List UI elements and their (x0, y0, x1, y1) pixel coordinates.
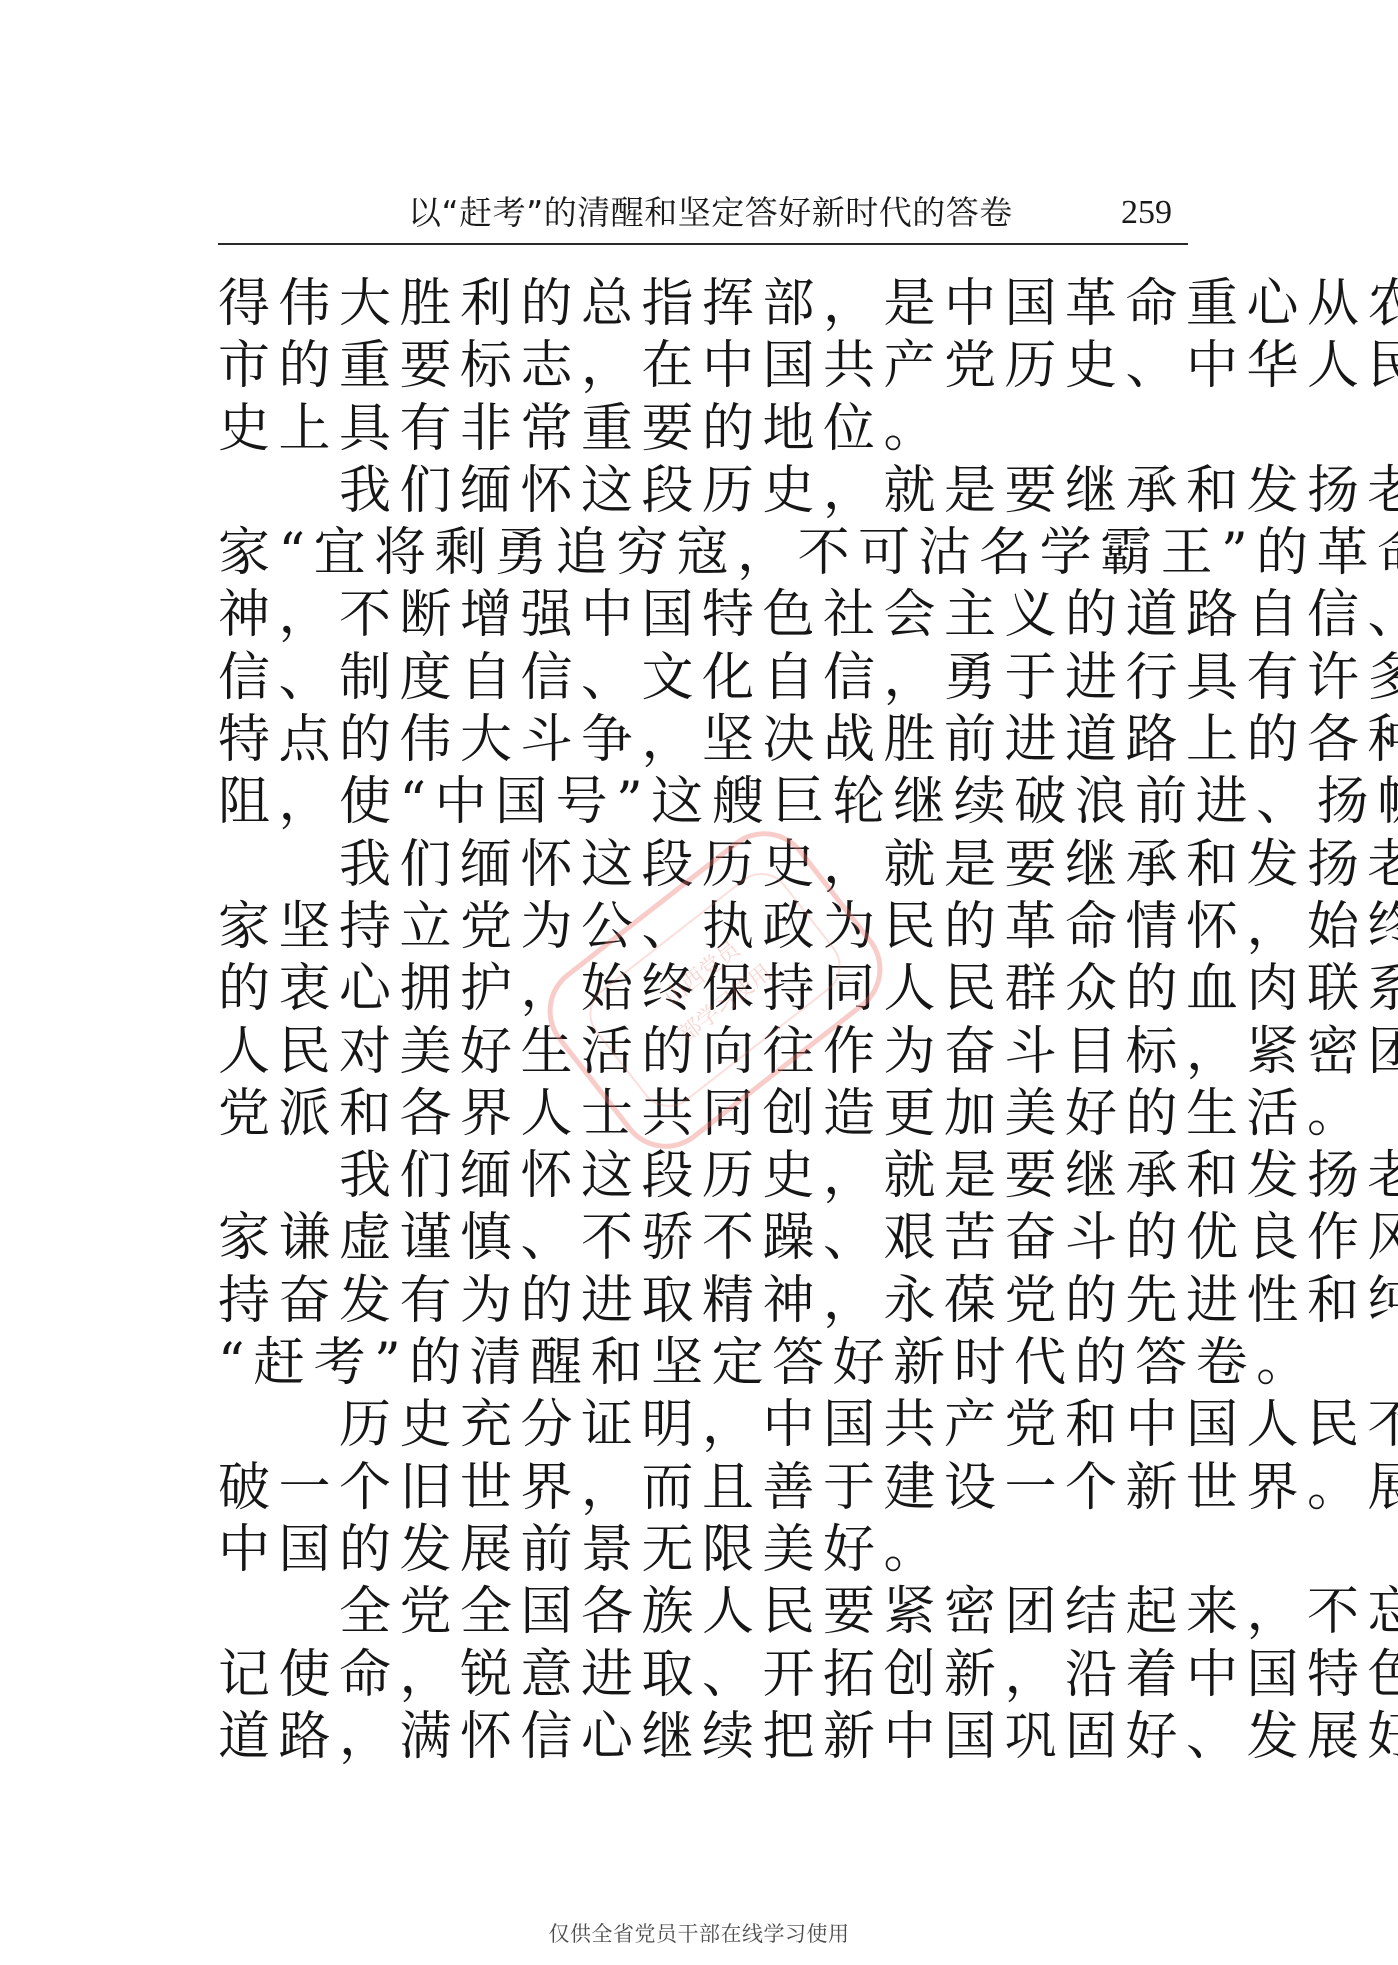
paragraph-6: 全党全国各族人民要紧密团结起来，不忘初心、牢 记使命，锐意进取、开拓创新，沿着中… (218, 1581, 1188, 1768)
text-line: 道路，满怀信心继续把新中国巩固好、发展好，为实现 (218, 1706, 1188, 1768)
text-line: 的衷心拥护，始终保持同人民群众的血肉联系，始终把 (218, 958, 1188, 1020)
paragraph-2: 我们缅怀这段历史，就是要继承和发扬老一辈革命 家“宜将剩勇追穷寇，不可沽名学霸王… (218, 460, 1188, 834)
body-text: 得伟大胜利的总指挥部，是中国革命重心从农村转向城 市的重要标志，在中国共产党历史… (218, 273, 1188, 1768)
text-line: 信、制度自信、文化自信，勇于进行具有许多新的历史 (218, 647, 1188, 709)
text-line: 市的重要标志，在中国共产党历史、中华人民共和国历 (218, 335, 1188, 397)
page-number: 259 (1121, 190, 1172, 236)
text-line: 神，不断增强中国特色社会主义的道路自信、理论自 (218, 584, 1188, 646)
running-header: 以“赶考”的清醒和坚定答好新时代的答卷 259 (218, 190, 1188, 236)
text-line: 党派和各界人士共同创造更加美好的生活。 (218, 1083, 1188, 1145)
text-line: 人民对美好生活的向往作为奋斗目标，紧密团结各民主 (218, 1021, 1188, 1083)
text-line: 我们缅怀这段历史，就是要继承和发扬老一辈革命 (218, 834, 1188, 896)
paragraph-4: 我们缅怀这段历史，就是要继承和发扬老一辈革命 家谦虚谨慎、不骄不躁、艰苦奋斗的优… (218, 1145, 1188, 1394)
header-rule (218, 243, 1188, 245)
text-line: 我们缅怀这段历史，就是要继承和发扬老一辈革命 (218, 1145, 1188, 1207)
text-line: 阻，使“中国号”这艘巨轮继续破浪前进、扬帆远航。 (218, 771, 1188, 833)
text-line: 记使命，锐意进取、开拓创新，沿着中国特色社会主义 (218, 1644, 1188, 1706)
paragraph-1: 得伟大胜利的总指挥部，是中国革命重心从农村转向城 市的重要标志，在中国共产党历史… (218, 273, 1188, 460)
text-line: 史上具有非常重要的地位。 (218, 398, 1188, 460)
text-line: 持奋发有为的进取精神，永葆党的先进性和纯洁性，以 (218, 1270, 1188, 1332)
paragraph-3: 我们缅怀这段历史，就是要继承和发扬老一辈革命 家坚持立党为公、执政为民的革命情怀… (218, 834, 1188, 1145)
text-line: 家谦虚谨慎、不骄不躁、艰苦奋斗的优良作风，始终保 (218, 1207, 1188, 1269)
text-line: 家“宜将剩勇追穷寇，不可沽名学霸王”的革命到底精 (218, 522, 1188, 584)
running-title: 以“赶考”的清醒和坚定答好新时代的答卷 (408, 190, 1013, 236)
text-line: 全党全国各族人民要紧密团结起来，不忘初心、牢 (218, 1581, 1188, 1643)
text-line: 破一个旧世界，而且善于建设一个新世界。展望未来， (218, 1457, 1188, 1519)
book-page: 以“赶考”的清醒和坚定答好新时代的答卷 259 得伟大胜利的总指挥部，是中国革命… (0, 0, 1398, 1965)
text-line: 中国的发展前景无限美好。 (218, 1519, 1188, 1581)
footer-usage-note: 仅供全省党员干部在线学习使用 (0, 1918, 1398, 1948)
text-line: 家坚持立党为公、执政为民的革命情怀，始终赢得人民 (218, 896, 1188, 958)
text-line: 特点的伟大斗争，坚决战胜前进道路上的各种艰难险 (218, 709, 1188, 771)
text-line: 得伟大胜利的总指挥部，是中国革命重心从农村转向城 (218, 273, 1188, 335)
text-line: “赶考”的清醒和坚定答好新时代的答卷。 (218, 1332, 1188, 1394)
text-line: 我们缅怀这段历史，就是要继承和发扬老一辈革命 (218, 460, 1188, 522)
text-line: 历史充分证明，中国共产党和中国人民不仅善于打 (218, 1394, 1188, 1456)
paragraph-5: 历史充分证明，中国共产党和中国人民不仅善于打 破一个旧世界，而且善于建设一个新世… (218, 1394, 1188, 1581)
